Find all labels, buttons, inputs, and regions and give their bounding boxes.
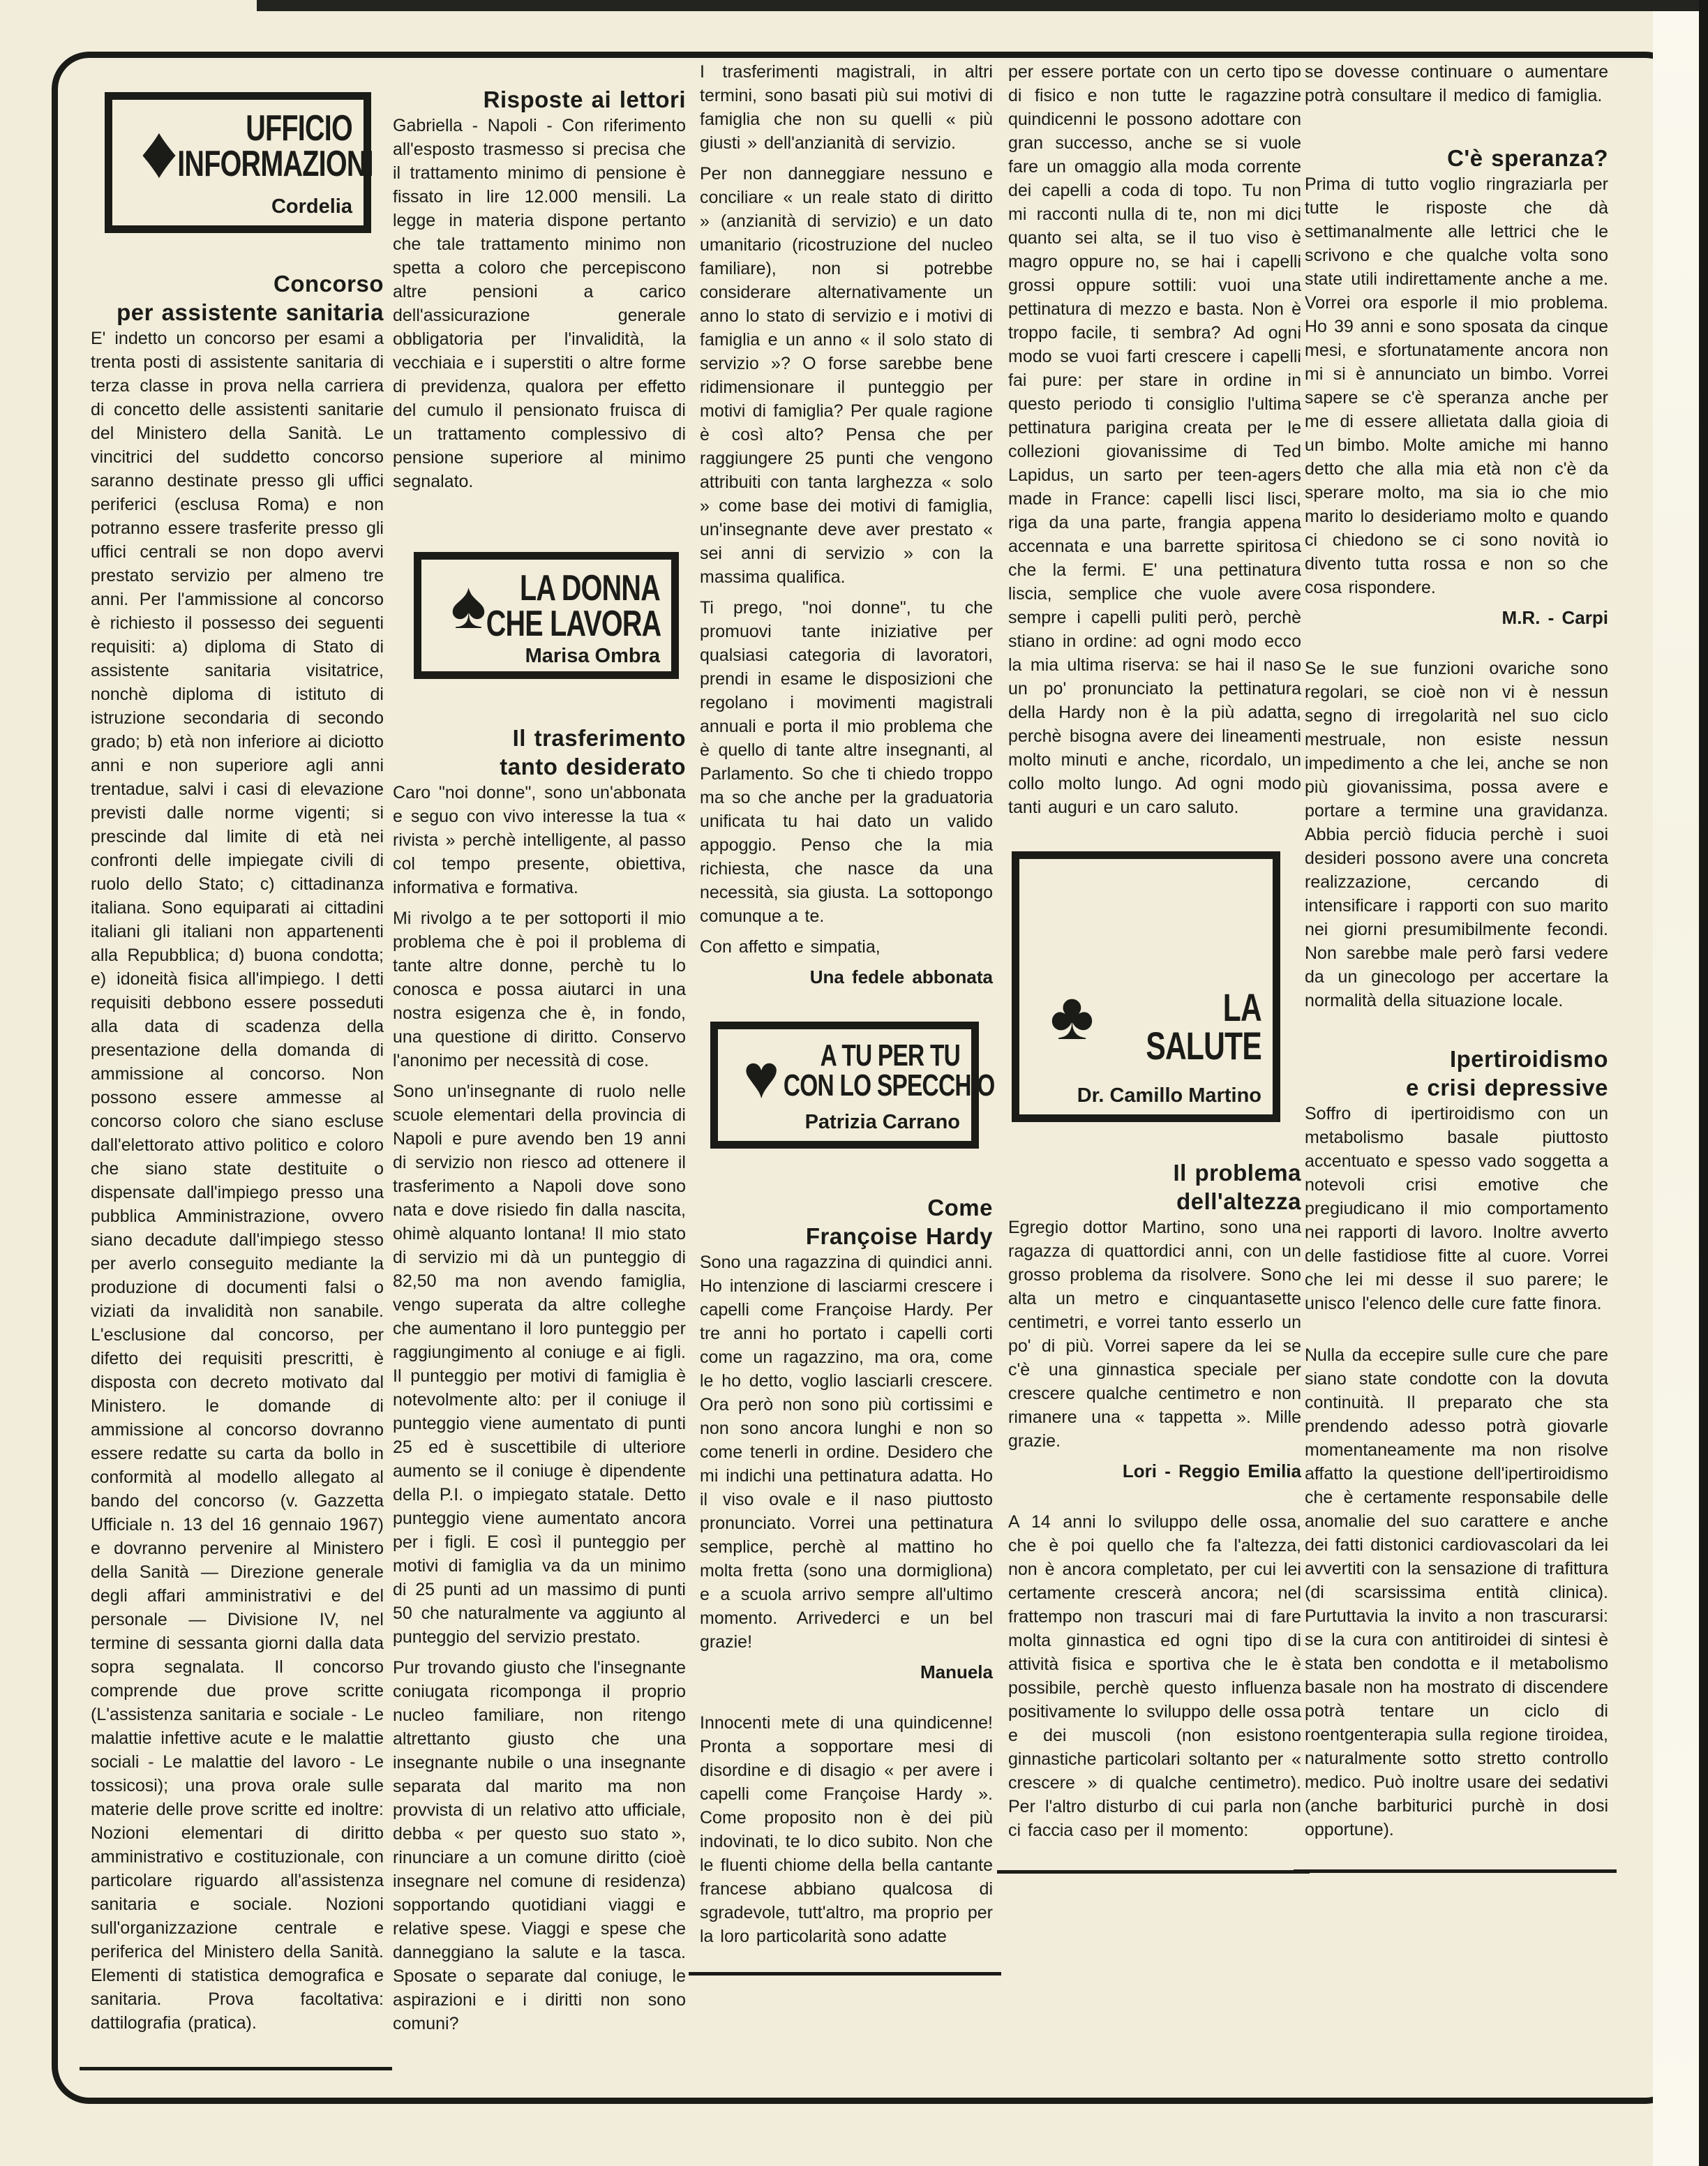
article-headline-ipertiroidismo: Ipertiroidismo e crisi depressive — [1305, 1045, 1608, 1102]
article-headline-concorso: Concorso per assistente sanitaria — [91, 269, 384, 327]
reply-paragraph: Gabriella - Napoli - Con riferimento all… — [393, 114, 686, 493]
headline-line: e crisi depressive — [1305, 1073, 1608, 1102]
letter-paragraph: Per non danneggiare nessuno e conciliare… — [700, 162, 993, 589]
rubric-title-line: CON LO SPECCHIO — [784, 1070, 960, 1100]
rubric-title-line: LA — [1085, 989, 1261, 1027]
column-2: Risposte ai lettori Gabriella - Napoli -… — [393, 60, 686, 2042]
end-rule — [1294, 1869, 1617, 1873]
reply-paragraph: Innocenti mete di una quindicenne! Pront… — [700, 1711, 993, 1948]
diamond-suit-icon: ♦ — [140, 115, 178, 189]
article-headline-altezza: Il problema dell'altezza — [1008, 1158, 1301, 1216]
letter-signature: M.R. - Carpi — [1305, 606, 1608, 629]
rubric-box-ufficio-informazioni: ♦ UFFICIO INFORMAZIONI Cordelia — [105, 92, 371, 233]
rubric-title: A TU PER TU CON LO SPECCHIO — [784, 1040, 960, 1100]
magazine-page: ♦ UFFICIO INFORMAZIONI Cordelia Concorso… — [0, 0, 1708, 2166]
letter-paragraph: Mi rivolgo a te per sottoporti il mio pr… — [393, 906, 686, 1073]
letter-paragraph: Sono un'insegnante di ruolo nelle scuole… — [393, 1080, 686, 1649]
column-3: I trasferimenti magistrali, in altri ter… — [700, 60, 993, 1975]
headline-line: tanto desiderato — [393, 752, 686, 781]
column-5: se dovesse continuare o aumentare potrà … — [1305, 60, 1608, 1873]
letter-paragraph: Ti prego, "noi donne", tu che promuovi t… — [700, 596, 993, 928]
scan-page-gap — [1653, 0, 1699, 2166]
letter-paragraph: Sono una ragazzina di quindici anni. Ho … — [700, 1250, 993, 1654]
headline-line: per assistente sanitaria — [91, 298, 384, 327]
letter-paragraph: Pur trovando giusto che l'insegnante con… — [393, 1656, 686, 2036]
rubric-title-line: SALUTE — [1085, 1027, 1261, 1066]
headline-line: Come — [700, 1193, 993, 1222]
reply-paragraph: per essere portate con un certo tipo di … — [1008, 60, 1301, 819]
headline-line: dell'altezza — [1008, 1187, 1301, 1216]
reply-paragraph: Se le sue funzioni ovariche sono regolar… — [1305, 657, 1608, 1013]
column-4: per essere portate con un certo tipo di … — [1008, 60, 1301, 1874]
letter-paragraph: Soffro di ipertiroidismo con un metaboli… — [1305, 1102, 1608, 1315]
rubric-title-line: UFFICIO — [177, 111, 352, 147]
rubric-title-line: LA DONNA — [486, 571, 660, 606]
headline-line: Il trasferimento — [393, 724, 686, 752]
spade-suit-icon: ♠ — [451, 572, 486, 639]
article-headline-risposte: Risposte ai lettori — [393, 85, 686, 114]
reply-paragraph: A 14 anni lo sviluppo delle ossa, che è … — [1008, 1510, 1301, 1842]
letter-signature: Lori - Reggio Emilia — [1008, 1460, 1301, 1482]
rubric-title: LA SALUTE — [1085, 989, 1261, 1066]
rubric-title-line: CHE LAVORA — [486, 606, 660, 642]
headline-line: Ipertiroidismo — [1305, 1045, 1608, 1073]
headline-line: Françoise Hardy — [700, 1222, 993, 1250]
reply-paragraph: Nulla da eccepire sulle cure che pare si… — [1305, 1343, 1608, 1842]
letter-signature: Una fedele abbonata — [700, 966, 993, 988]
letter-signature: Manuela — [700, 1661, 993, 1683]
letter-paragraph: Prima di tutto voglio ringraziarla per t… — [1305, 172, 1608, 599]
end-rule — [80, 2067, 392, 2070]
rubric-title: UFFICIO INFORMAZIONI — [177, 111, 352, 182]
article-headline-trasferimento: Il trasferimento tanto desiderato — [393, 724, 686, 781]
headline-line: Concorso — [91, 269, 384, 298]
rubric-box-a-tu-per-tu-con-lo-specchio: ♥ A TU PER TU CON LO SPECCHIO Patrizia C… — [710, 1022, 979, 1149]
rubric-box-la-salute: ♣ LA SALUTE Dr. Camillo Martino — [1012, 851, 1280, 1122]
column-1: ♦ UFFICIO INFORMAZIONI Cordelia Concorso… — [91, 60, 384, 2070]
rubric-box-la-donna-che-lavora: ♠ LA DONNA CHE LAVORA Marisa Ombra — [414, 552, 679, 679]
scan-edge-top — [257, 0, 1708, 11]
letter-paragraph: Con affetto e simpatia, — [700, 935, 993, 959]
article-headline-francoise-hardy: Come Françoise Hardy — [700, 1193, 993, 1250]
rubric-byline: Cordelia — [122, 193, 352, 218]
letter-paragraph: Caro "noi donne", sono un'abbonata e seg… — [393, 781, 686, 899]
heart-suit-icon: ♥ — [743, 1046, 779, 1107]
body-paragraph: E' indetto un concorso per esami a trent… — [91, 327, 384, 2035]
rubric-title-line: A TU PER TU — [784, 1040, 960, 1070]
letter-paragraph: I trasferimenti magistrali, in altri ter… — [700, 60, 993, 155]
rubric-title-line: INFORMAZIONI — [177, 147, 352, 182]
headline-line: Il problema — [1008, 1158, 1301, 1187]
rubric-title: LA DONNA CHE LAVORA — [486, 571, 660, 642]
letter-paragraph: Egregio dottor Martino, sono una ragazza… — [1008, 1216, 1301, 1453]
rubric-byline: Dr. Camillo Martino — [1029, 1082, 1261, 1107]
scan-edge-right — [1699, 0, 1708, 2166]
reply-paragraph: se dovesse continuare o aumentare potrà … — [1305, 60, 1608, 107]
article-headline-speranza: C'è speranza? — [1305, 144, 1608, 172]
end-rule — [689, 1972, 1001, 1975]
rubric-byline: Patrizia Carrano — [728, 1108, 960, 1134]
rubric-byline: Marisa Ombra — [431, 642, 660, 668]
end-rule — [997, 1870, 1310, 1874]
